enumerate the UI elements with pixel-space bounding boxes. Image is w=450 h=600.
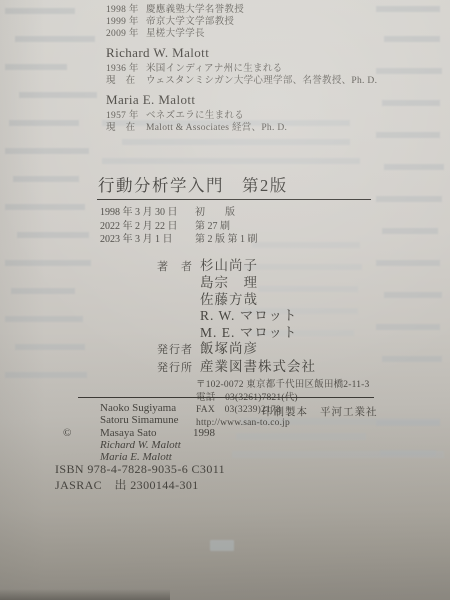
bio-year: 1957 年 xyxy=(106,110,146,122)
print-history-row: 1998 年 3 月 30 日初 版 xyxy=(100,206,377,220)
credit-label-publisher-person: 発行者 xyxy=(157,342,200,359)
author-name: M. E. マロット xyxy=(200,325,297,340)
bio-year: 1936 年 xyxy=(106,63,146,75)
bio-label-current: 現 在 xyxy=(106,122,146,134)
print-edition: 初 版 xyxy=(195,207,235,218)
identifiers-block: ISBN 978-4-7828-9035-6 C3011 JASRAC 出 23… xyxy=(55,462,225,493)
book-title: 行動分析学入門 第2版 xyxy=(98,172,377,196)
print-date: 1998 年 3 月 30 日 xyxy=(100,206,195,220)
bio-year: 1998 年 xyxy=(106,4,146,16)
bio-text: Malott & Associates 経営、Ph. D. xyxy=(146,123,287,133)
credit-label-author: 著 者 xyxy=(157,259,200,276)
print-history-row: 2022 年 2 月 22 日第 27 刷 xyxy=(100,220,377,234)
page-bottom-shadow xyxy=(0,589,170,600)
printer-label: 印刷製本 xyxy=(262,407,308,418)
credit-row-author: 島宗 理 xyxy=(157,275,377,292)
bio-line: 1957 年ベネズエラに生まれる xyxy=(106,110,426,122)
credit-row-author: 佐藤方哉 xyxy=(157,292,377,309)
bio-line: 1936 年米国インディアナ州に生まれる xyxy=(106,63,426,75)
copyright-holder-row: Richard W. Malott xyxy=(63,439,283,451)
print-date: 2022 年 2 月 22 日 xyxy=(100,220,195,234)
bleed-through-text-left xyxy=(5,8,99,380)
copyright-symbol: © xyxy=(63,427,100,439)
author-name-maria-malott: Maria E. Malott xyxy=(106,92,426,108)
author-name-richard-malott: Richard W. Malott xyxy=(106,45,426,61)
bio-line: 2009 年星槎大学学長 xyxy=(106,28,426,40)
title-rule xyxy=(97,199,371,200)
bio-label-current: 現 在 xyxy=(106,75,146,87)
author-name: 佐藤方哉 xyxy=(200,292,258,307)
print-edition: 第 2 版 第 1 刷 xyxy=(195,234,258,245)
bio-year: 2009 年 xyxy=(106,28,146,40)
copyright-rule xyxy=(78,397,374,398)
bio-line: 1998 年慶應義塾大学名誉教授 xyxy=(106,4,426,16)
copyright-holder: Masaya Sato xyxy=(100,427,193,439)
bio-line: 現 在ウェスタンミシガン大学心理学部、名誉教授、Ph. D. xyxy=(106,75,426,87)
bio-text: 帝京大学文学部教授 xyxy=(146,17,234,27)
jasrac-line: JASRAC 出 2300144-301 xyxy=(55,478,225,494)
copyright-holder-row: ©Masaya Sato1998 xyxy=(63,427,283,439)
bio-text: 米国インディアナ州に生まれる xyxy=(146,64,282,74)
copyright-year: 1998 xyxy=(193,427,215,439)
copyright-holder-row: Satoru Simamune xyxy=(63,414,283,426)
printer-line: 印刷製本平河工業社 xyxy=(262,404,378,419)
bio-line: 1999 年帝京大学文学部教授 xyxy=(106,16,426,28)
bio-text: ウェスタンミシガン大学心理学部、名誉教授、Ph. D. xyxy=(146,76,377,86)
author-name: 杉山尚子 xyxy=(200,258,258,273)
copyright-holder: Naoko Sugiyama xyxy=(100,402,193,414)
credit-row-author: R. W. マロット xyxy=(157,308,377,325)
credits: 著 者杉山尚子 島宗 理 佐藤方哉 R. W. マロット M. E. マロット … xyxy=(157,258,377,377)
bio-text: ベネズエラに生まれる xyxy=(146,111,244,121)
publisher-address: 〒102-0072 東京都千代田区飯田橋2-11-3 xyxy=(196,379,377,392)
copyright-block: Naoko Sugiyama Satoru Simamune ©Masaya S… xyxy=(63,402,283,463)
bio-year: 1999 年 xyxy=(106,16,146,28)
author-name: R. W. マロット xyxy=(200,308,298,323)
credit-row-publisher-person: 発行者飯塚尚彦 xyxy=(157,341,377,359)
publisher-name: 産業図書株式会社 xyxy=(200,359,316,374)
print-date: 2023 年 3 月 1 日 xyxy=(100,233,195,247)
printer-company: 平河工業社 xyxy=(320,407,378,418)
print-history-row: 2023 年 3 月 1 日第 2 版 第 1 刷 xyxy=(100,233,377,247)
credit-row-author: 著 者杉山尚子 xyxy=(157,258,377,276)
bio-text: 慶應義塾大学名誉教授 xyxy=(146,5,244,15)
credit-label-publisher: 発行所 xyxy=(157,360,200,377)
bio-text: 星槎大学学長 xyxy=(146,29,205,39)
credit-row-publisher: 発行所産業図書株式会社 xyxy=(157,359,377,377)
bio-line: 現 在Malott & Associates 経営、Ph. D. xyxy=(106,122,426,134)
author-name: 島宗 理 xyxy=(200,275,258,290)
print-edition: 第 27 刷 xyxy=(195,221,230,232)
colophon-block: 行動分析学入門 第2版 1998 年 3 月 30 日初 版 2022 年 2 … xyxy=(97,172,377,429)
bleed-through-stamp xyxy=(210,540,234,551)
copyright-holder: Satoru Simamune xyxy=(100,414,193,426)
book-colophon-page-photo: 1998 年慶應義塾大学名誉教授 1999 年帝京大学文学部教授 2009 年星… xyxy=(0,0,450,600)
copyright-holder: Richard W. Malott xyxy=(100,439,193,451)
print-history: 1998 年 3 月 30 日初 版 2022 年 2 月 22 日第 27 刷… xyxy=(100,206,377,247)
copyright-holder-row: Naoko Sugiyama xyxy=(63,402,283,414)
credit-row-author: M. E. マロット xyxy=(157,325,377,342)
isbn-line: ISBN 978-4-7828-9035-6 C3011 xyxy=(55,462,225,478)
publisher-person-name: 飯塚尚彦 xyxy=(200,341,258,356)
author-bios: 1998 年慶應義塾大学名誉教授 1999 年帝京大学文学部教授 2009 年星… xyxy=(106,4,426,134)
